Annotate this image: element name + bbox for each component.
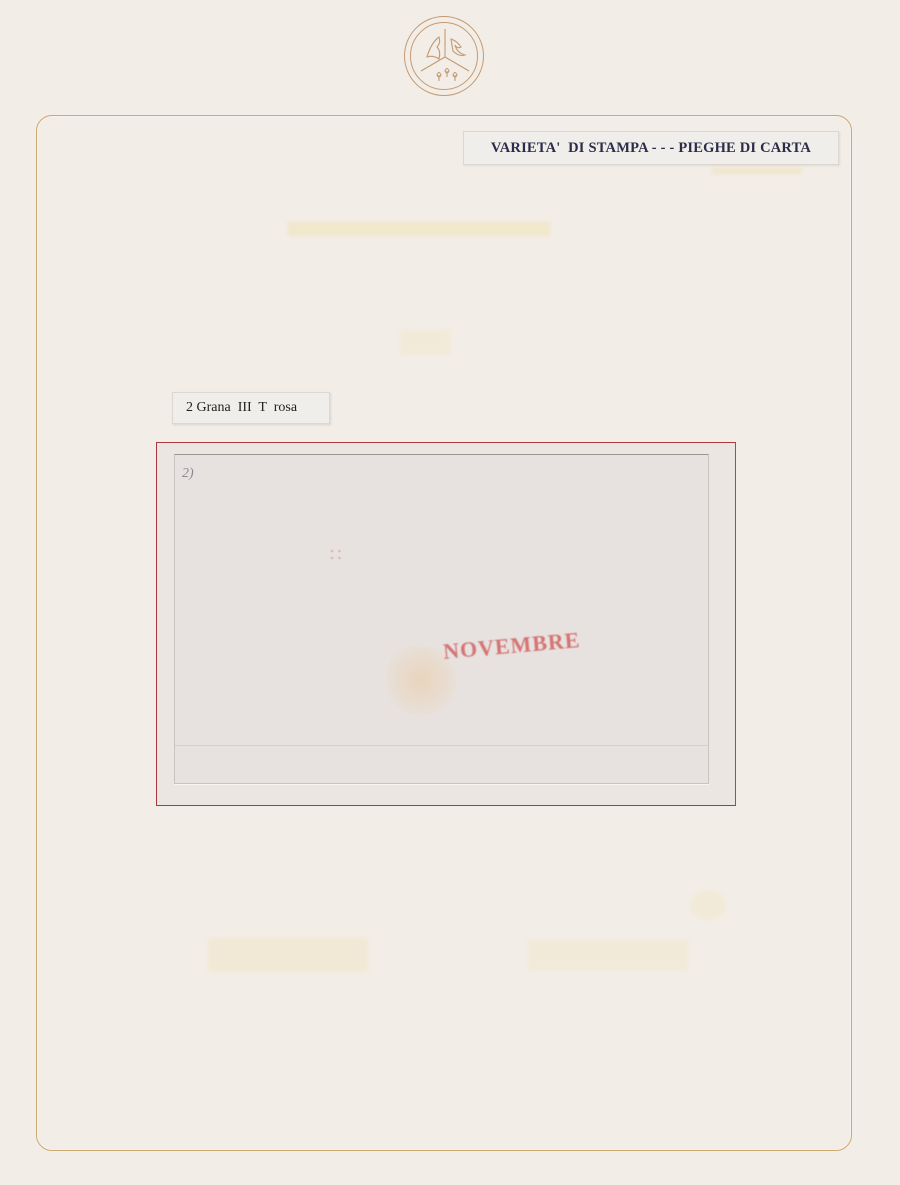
postal-cover[interactable] [174, 454, 709, 784]
page-title-label: VARIETA' DI STAMPA - - - PIEGHE DI CARTA [463, 131, 839, 165]
paper-fold-line [175, 745, 708, 746]
faded-mark [690, 890, 726, 920]
manuscript-mark: 2) [182, 466, 194, 482]
stamp-description-label: 2 Grana III T rosa [172, 392, 330, 424]
trinacria-emblem-icon [404, 16, 484, 96]
red-cancel-mark: ∷ [330, 545, 341, 566]
faded-label-residue [288, 222, 550, 236]
faded-label-residue [208, 938, 368, 972]
faded-mark [712, 168, 802, 174]
faded-label-residue [528, 940, 688, 970]
faded-mark [400, 330, 450, 354]
